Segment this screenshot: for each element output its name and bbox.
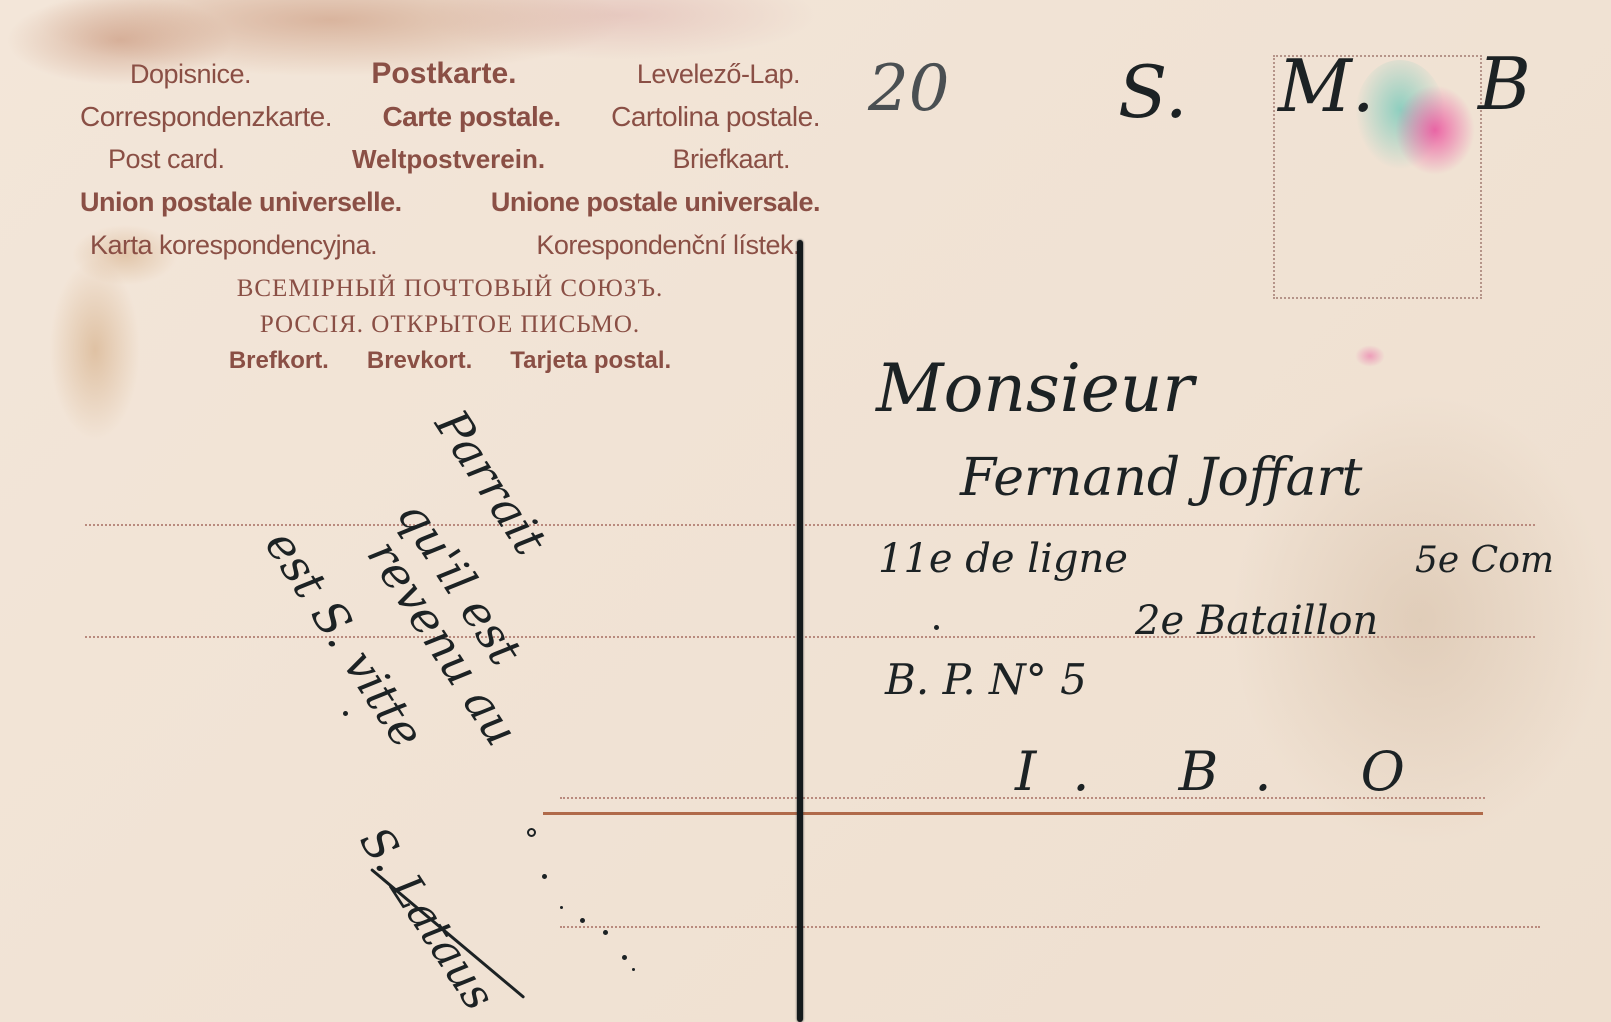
address-postal: B. P. N° 5 [885,655,1087,704]
header-text: Weltpostverein. [352,138,545,181]
pink-ink-speck [1355,345,1385,367]
header-text: Dopisnice. [130,53,251,96]
header-text: Korespondenční lístek. [536,224,800,267]
handwritten-initial-b: B [1478,42,1531,126]
header-line-4: Union postale universelle. Unione postal… [80,181,820,224]
header-text: ВСЕМІРНЫЙ ПОЧТОВЫЙ СОЮЗЪ. [237,271,664,307]
header-text: Cartolina postale. [611,95,820,138]
header-line-7: РОССІЯ. ОТКРЫТОЕ ПИСЬМО. [80,307,820,343]
address-company: 5e Com [1415,540,1554,581]
header-line-1: Dopisnice. Postkarte. Levelező-Lap. [80,52,820,95]
handwritten-initial-s: S. [1118,50,1188,134]
address-city: I. B. O [1015,740,1441,803]
address-battalion: 2e Bataillon [1135,598,1378,644]
header-line-8: Brefkort. Brevkort. Tarjeta postal. [80,343,820,379]
header-text: Union postale universelle. [80,181,402,224]
header-text: Tarjeta postal. [510,343,671,379]
header-text: Unione postale universale. [491,181,820,224]
handwritten-initial-m: M. [1278,44,1375,128]
header-text: Brefkort. [229,343,329,379]
header-line-5: Karta korespondencyjna. Korespondenční l… [80,224,820,267]
header-text: Briefkaart. [672,138,790,181]
dotted-rule-4 [560,926,1540,928]
postcard-back: Dopisnice. Postkarte. Levelező-Lap. Corr… [0,0,1611,1022]
address-salutation: Monsieur [876,350,1194,427]
header-text: Correspondenzkarte. [80,95,332,138]
address-unit: 11e de ligne [878,536,1128,582]
header-text: Karta korespondencyjna. [90,224,377,267]
solid-rule [543,812,1483,815]
header-text: Brevkort. [367,343,472,379]
header-text: Post card. [108,138,225,181]
header-text: РОССІЯ. ОТКРЫТОЕ ПИСЬМО. [260,307,640,343]
header-text: Levelező-Lap. [637,53,800,96]
printed-header: Dopisnice. Postkarte. Levelező-Lap. Corr… [80,52,820,379]
center-divider [797,240,803,1022]
header-line-6: ВСЕМІРНЫЙ ПОЧТОВЫЙ СОЮЗЪ. [80,271,820,307]
header-line-2: Correspondenzkarte. Carte postale. Carto… [80,95,820,138]
header-text: Postkarte. [371,52,516,95]
address-first-name: Fernand Joffart [960,448,1362,508]
pink-ink-smudge [1395,85,1475,175]
header-text: Carte postale. [382,95,560,138]
header-line-3: Post card. Weltpostverein. Briefkaart. [80,138,820,181]
handwritten-number: 20 [868,52,949,126]
